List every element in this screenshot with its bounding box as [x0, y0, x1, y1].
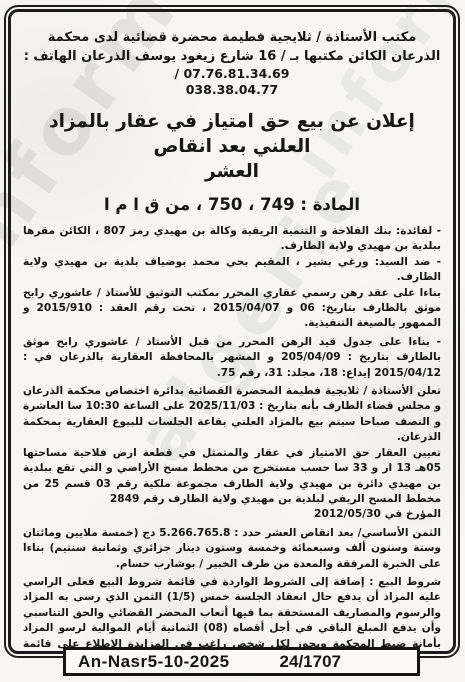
notice-inner-border: مكتب الأستاذة / ثلايجية فطيمة محضرة قضائ… — [8, 9, 456, 654]
publication-source-date: An-Nasr5-10-2025 — [78, 652, 230, 672]
scanned-legal-notice-page: information algerie information مكتب الأ… — [0, 0, 465, 682]
legal-article-reference: المادة : 749 ، 750 ، من ق ا م ا — [23, 194, 441, 216]
phone-number-2: 038.38.04.77 — [23, 82, 441, 98]
notice-title-line2: العشر — [23, 159, 441, 184]
notice-body: - لفائدة: بنك الفلاحة و التنمية الريفية … — [23, 224, 441, 654]
paragraph-sale-conditions: شروط البيع : إضافة إلى الشروط الواردة في… — [23, 575, 441, 654]
publication-reference-number: 24/1707 — [280, 652, 341, 672]
office-name-line: مكتب الأستاذة / ثلايجية فطيمة محضرة قضائ… — [23, 28, 441, 47]
paragraph-plan-date: المؤرخ في 2012/05/30 — [23, 507, 441, 522]
paragraph-base-price: الثمن الأساسي/ بعد انقاص العشر حدد : 5.2… — [23, 526, 441, 572]
publication-stamp-bar: An-Nasr5-10-2025 24/1707 — [63, 647, 420, 676]
notice-outer-border: مكتب الأستاذة / ثلايجية فطيمة محضرة قضائ… — [4, 5, 460, 658]
notice-content: مكتب الأستاذة / ثلايجية فطيمة محضرة قضائ… — [23, 28, 441, 654]
paragraph-beneficiary: - لفائدة: بنك الفلاحة و التنمية الريفية … — [23, 224, 441, 255]
paragraph-mortgage-deed: بناءا على عقد رهن رسمي عقاري المحرر بمكت… — [23, 286, 441, 332]
office-address-line: الذرعان الكائن مكتبها بـ / 16 شارع زيغود… — [23, 47, 441, 66]
paragraph-defendant: - ضد السيد: ورغي بشير ، المقيم بحي محمد … — [23, 255, 441, 286]
paragraph-auction-announcement: تعلن الأستاذة / ثلايجية فطيمة المحضرة ال… — [23, 384, 441, 446]
paragraph-mortgage-registration: - بناءا على جدول قيد الرهن المحرر من قبل… — [23, 335, 441, 381]
bailiff-office-header: مكتب الأستاذة / ثلايجية فطيمة محضرة قضائ… — [23, 28, 441, 66]
paragraph-property-description: تعيين العقار حق الامتياز في عقار والمتمث… — [23, 446, 441, 508]
notice-title: إعلان عن بيع حق امتياز في عقار بالمزاد ا… — [23, 109, 441, 184]
notice-title-line1: إعلان عن بيع حق امتياز في عقار بالمزاد ا… — [23, 109, 441, 159]
phone-number-1: / 07.76.81.34.69 — [23, 66, 441, 82]
